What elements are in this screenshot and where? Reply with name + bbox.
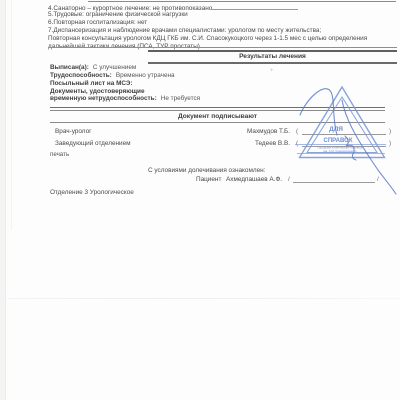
section-divider-line bbox=[48, 47, 397, 48]
field-temp-disability: временную нетрудоспособность:Не требуетс… bbox=[50, 95, 200, 103]
field-label: Посыльный лист на МСЭ: bbox=[50, 80, 133, 87]
recommendation-line-6: 6.Повторная госпитализация: нет bbox=[48, 19, 147, 27]
recommendation-line-5: 5.Трудовые: ограничение физической нагру… bbox=[48, 11, 188, 19]
patient-name: Ахмедпашаев А.Ф. bbox=[226, 175, 282, 184]
signer-role: Заведующий отделением bbox=[55, 139, 131, 148]
field-discharged: Выписан(а):С улучшением bbox=[50, 64, 136, 72]
signer-role: Врач-уролог bbox=[55, 127, 91, 136]
scanned-medical-document: 4.Санаторно – курортное лечение: не прот… bbox=[0, 0, 400, 400]
field-mse-referral: Посыльный лист на МСЭ: bbox=[50, 80, 133, 88]
recommendation-line-7-cont: Повторная консультация урологом КДЦ ГКБ … bbox=[48, 35, 367, 43]
recommendation-line-7: 7.Диспансеризация и наблюдение врачами с… bbox=[48, 27, 321, 35]
stamp-org-line2: им. С.И. Спасокукоцкого bbox=[324, 149, 357, 153]
paper-crease bbox=[0, 298, 400, 299]
stamp-text-group: ДЛЯ СПРАВОК Городская клиническая больни… bbox=[317, 126, 362, 153]
field-label: Выписан(а): bbox=[50, 64, 89, 71]
scan-fold-line bbox=[11, 0, 12, 230]
field-value: Не требуется bbox=[161, 95, 200, 102]
field-label: временную нетрудоспособность: bbox=[50, 95, 157, 102]
field-value: С улучшением bbox=[93, 64, 136, 71]
blank-underline bbox=[212, 3, 298, 10]
results-section-header: Результаты лечения bbox=[148, 50, 397, 64]
field-label: Трудоспособность: bbox=[50, 72, 112, 79]
cut-off-top-line bbox=[88, 1, 396, 2]
patient-label: Пациент bbox=[196, 175, 221, 184]
field-label: Документы, удостоверяющие bbox=[50, 88, 145, 95]
triangular-stamp: ДЛЯ СПРАВОК Городская клиническая больни… bbox=[280, 78, 400, 202]
acknowledgement-line: С условиями долечивания ознакомлен: bbox=[148, 167, 265, 174]
department-line: Отделение 3 Урологическое bbox=[50, 189, 134, 196]
field-value: Временно утрачена bbox=[116, 72, 175, 79]
scan-edge-line bbox=[5, 0, 6, 400]
scan-artifact-plus: + bbox=[270, 68, 274, 74]
field-work-capacity: Трудоспособность:Временно утрачена bbox=[50, 72, 175, 80]
stamp-note: печать bbox=[50, 151, 69, 158]
